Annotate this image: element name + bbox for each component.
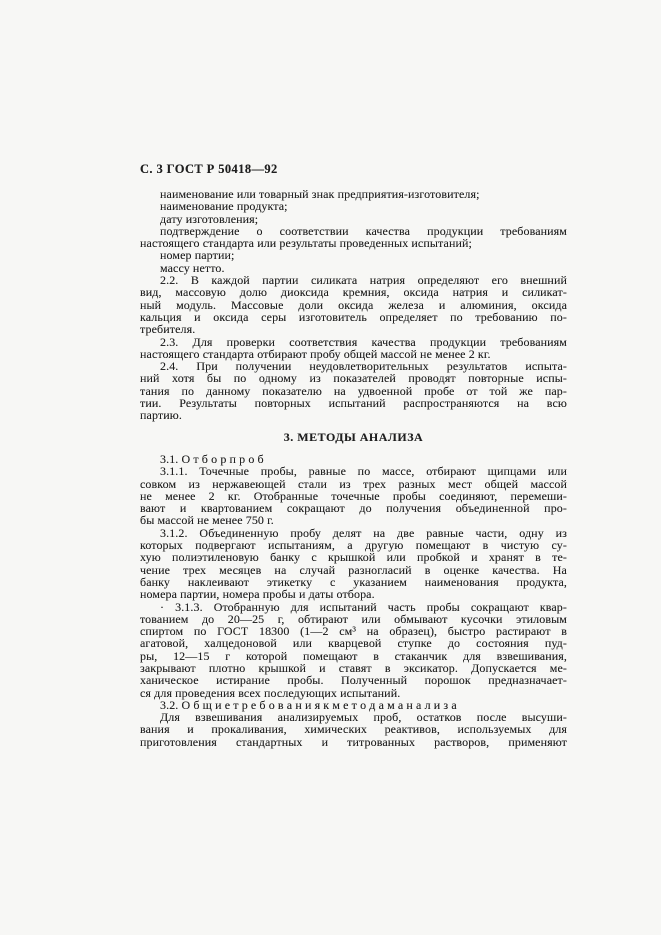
paragraph: 2.4. При получении неудовлетворительных … (140, 360, 567, 421)
paragraph: 2.3. Для проверки соответствия качества … (140, 336, 567, 361)
text-line: 2.3. Для проверки соответствия качества … (140, 336, 567, 348)
text-line: хую полиэтиленовую банку с крышкой или п… (140, 551, 567, 563)
text-line: вид, массовую долю диоксида кремния, окс… (140, 286, 567, 298)
paragraph: 2.2. В каждой партии силиката натрия опр… (140, 274, 567, 335)
text-line: совком из нержавеющей стали из трех разн… (140, 478, 567, 490)
list-item: номер партии; (140, 249, 567, 261)
text-line: партию. (140, 409, 567, 421)
list-item: наименование продукта; (140, 200, 567, 212)
text-line: номера партии, номера пробы и даты отбор… (140, 588, 567, 600)
list-item: подтверждение о соответствии качества пр… (140, 225, 567, 250)
text-line: бы массой не менее 750 г. (140, 514, 567, 526)
paragraph: · 3.1.3. Отобранную для испытаний часть … (140, 601, 567, 699)
page-header: С. 3 ГОСТ Р 50418—92 (140, 162, 567, 177)
text-line: тии. Результаты повторных испытаний расп… (140, 397, 567, 409)
text-line: номер партии; (140, 249, 567, 261)
paragraph: Для взвешивания анализируемых проб, оста… (140, 711, 567, 748)
text-line: вания и прокаливания, химических реактив… (140, 723, 567, 735)
text-line: 3. МЕТОДЫ АНАЛИЗА (140, 431, 567, 443)
text-line: наименование продукта; (140, 200, 567, 212)
text-block: С. 3 ГОСТ Р 50418—92 наименование или то… (140, 162, 567, 748)
paragraph: 3.1.1. Точечные пробы, равные по массе, … (140, 465, 567, 526)
text-line: приготовления стандартных и титрованных … (140, 736, 567, 748)
text-line: кальция и оксида серы изготовитель опред… (140, 311, 567, 323)
text-line: агатовой, халцедоновой или кварцевой сту… (140, 637, 567, 649)
text-line: требителя. (140, 323, 567, 335)
text-line: · 3.1.3. Отобранную для испытаний часть … (140, 601, 567, 613)
section-heading: 3. МЕТОДЫ АНАЛИЗА (140, 431, 567, 443)
text-line: 3.1.1. Точечные пробы, равные по массе, … (140, 465, 567, 477)
paragraph: 3.1.2. Объединенную пробу делят на две р… (140, 527, 567, 601)
document-page: С. 3 ГОСТ Р 50418—92 наименование или то… (0, 0, 661, 935)
text-line: ханическое истирание пробы. Полученный п… (140, 674, 567, 686)
text-line: ний хотя бы по одному из показателей про… (140, 372, 567, 384)
document-body: наименование или товарный знак предприят… (140, 188, 567, 748)
